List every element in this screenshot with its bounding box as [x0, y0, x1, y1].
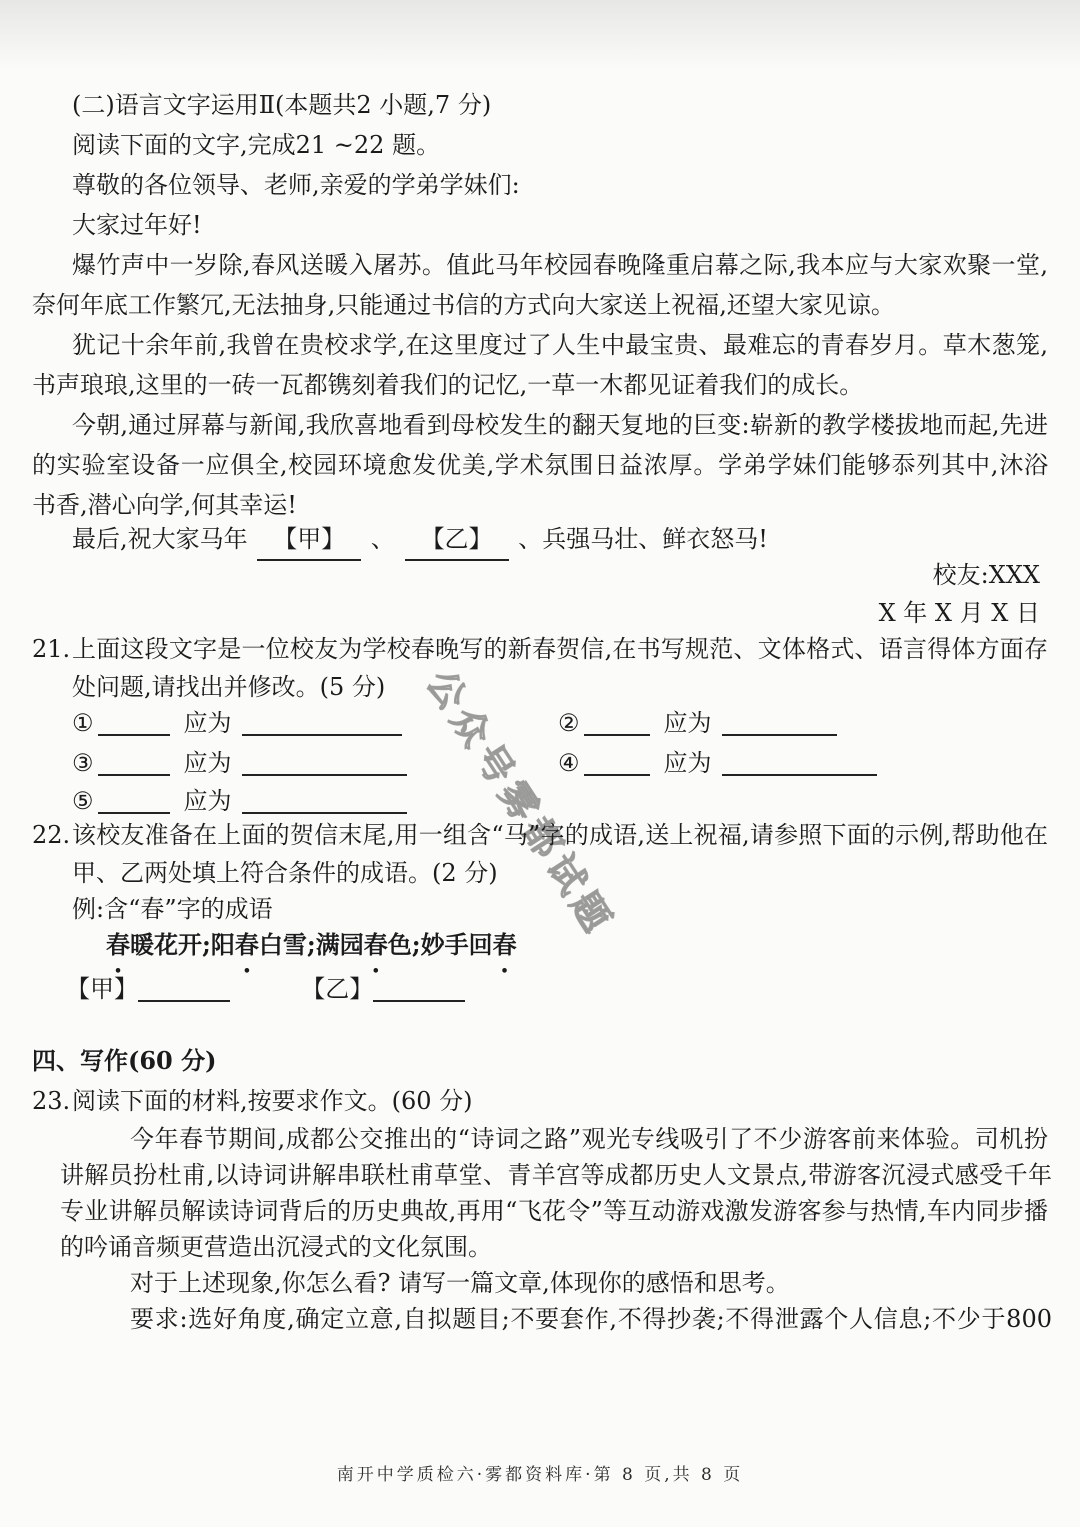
q21-item-2-original-blank: [584, 712, 650, 736]
idiom-char-emphasized: 春: [493, 928, 517, 962]
q23-requirement-line: 要求:选好角度,确定立意,自拟题目;不要套作,不得抄袭;不得泄露个人信息;不少于…: [130, 1302, 1052, 1336]
q21-item-3-number: ③: [72, 749, 94, 777]
idiom-char-emphasized: 春: [364, 928, 388, 962]
section2-intro: 阅读下面的文字,完成21 ~22 题。: [72, 128, 440, 162]
letter-line: 今朝,通过屏幕与新闻,我欣喜地看到母校发生的翻天复地的巨变:崭新的教学楼拔地而起…: [72, 408, 1048, 442]
q21-answer-row-3: ③应为: [72, 746, 411, 780]
watermark: 公众号雾都试题: [417, 658, 630, 946]
q22-answer-line: 【甲】 【乙】: [66, 972, 469, 1006]
q22-jia-blank: [138, 978, 230, 1002]
exam-page: 公众号雾都试题 (二)语言文字运用Ⅱ(本题共2 小题,7 分) 阅读下面的文字,…: [0, 0, 1080, 1527]
q22-example-label: 例:含“春”字的成语: [72, 892, 273, 926]
q21-item-4-number: ④: [558, 749, 580, 777]
pause-mark: 、: [371, 525, 395, 553]
letter-blank-yi: 【乙】: [405, 522, 509, 561]
letter-closing-prefix: 最后,祝大家马年: [72, 525, 248, 553]
q21-item-5-correction-blank: [242, 790, 407, 814]
scan-shadow: [0, 0, 1080, 70]
q21-item-5-number: ⑤: [72, 787, 94, 815]
q21-item-3-correction-blank: [242, 752, 407, 776]
q21-item-5-label: 应为: [184, 787, 232, 815]
letter-blank-jia: 【甲】: [257, 522, 361, 561]
letter-line: 的实验室设备一应俱全,校园环境愈发优美,学术氛围日益浓厚。学弟学妹们能够忝列其中…: [32, 448, 1048, 482]
q21-item-2-label: 应为: [664, 709, 712, 737]
q21-item-1-correction-blank: [242, 712, 402, 736]
q22-yi-blank: [373, 978, 465, 1002]
idiom-text: 暖花开;阳: [130, 930, 235, 959]
q22-number: 22.: [32, 818, 70, 852]
q21-item-1-label: 应为: [184, 709, 232, 737]
q22-yi-label: 【乙】: [301, 975, 373, 1003]
q21-item-4-correction-blank: [722, 752, 877, 776]
section2-header: (二)语言文字运用Ⅱ(本题共2 小题,7 分): [72, 88, 491, 122]
q22-text-line1: 该校友准备在上面的贺信末尾,用一组含“马”字的成语,送上祝福,请参照下面的示例,…: [72, 818, 1048, 852]
q21-item-5-original-blank: [98, 790, 170, 814]
idiom-text: 色;妙手回: [388, 930, 493, 959]
q23-question-line: 对于上述现象,你怎么看? 请写一篇文章,体现你的感悟和思考。: [130, 1266, 790, 1300]
letter-line: 爆竹声中一岁除,春风送暖入屠苏。值此马年校园春晚隆重启幕之际,我本应与大家欢聚一…: [72, 248, 1048, 282]
letter-date: X 年 X 月 X 日: [879, 596, 1040, 630]
q23-intro: 阅读下面的材料,按要求作文。(60 分): [72, 1084, 473, 1118]
q23-number: 23.: [32, 1084, 70, 1118]
q22-text-line2: 甲、乙两处填上符合条件的成语。(2 分): [72, 856, 498, 890]
page-footer: 南开中学质检六·雾都资料库·第 8 页,共 8 页: [0, 1460, 1080, 1485]
q21-answer-row-1: ①应为: [72, 706, 406, 740]
q21-text-line2: 处问题,请找出并修改。(5 分): [72, 670, 385, 704]
letter-closing-suffix: 、兵强马壮、鲜衣怒马!: [518, 525, 768, 553]
idiom-text: 白雪;满园: [259, 930, 364, 959]
q21-item-2-correction-blank: [722, 712, 837, 736]
letter-line: 书声琅琅,这里的一砖一瓦都镌刻着我们的记忆,一草一木都见证着我们的成长。: [32, 368, 863, 402]
q23-material-line: 专业讲解员解读诗词背后的历史典故,再用“飞花令”等互动游戏激发游客参与热情,车内…: [60, 1194, 1048, 1228]
q21-answer-row-2: ②应为: [558, 706, 841, 740]
q21-answer-row-4: ④应为: [558, 746, 881, 780]
idiom-char-emphasized: 春: [235, 928, 259, 962]
q21-number: 21.: [32, 632, 70, 666]
q21-answer-row-5: ⑤应为: [72, 784, 411, 818]
idiom-char-emphasized: 春: [106, 928, 130, 962]
section4-header: 四、写作(60 分): [32, 1044, 216, 1078]
letter-salutation: 尊敬的各位领导、老师,亲爱的学弟学妹们:: [72, 168, 520, 202]
q21-text-line1: 上面这段文字是一位校友为学校春晚写的新春贺信,在书写规范、文体格式、语言得体方面…: [72, 632, 1048, 666]
letter-greeting: 大家过年好!: [72, 208, 202, 242]
letter-line: 书香,潜心向学,何其幸运!: [32, 488, 297, 522]
q21-item-1-original-blank: [98, 712, 170, 736]
letter-line: 犹记十余年前,我曾在贵校求学,在这里度过了人生中最宝贵、最难忘的青春岁月。草木葱…: [72, 328, 1048, 362]
q21-item-1-number: ①: [72, 709, 94, 737]
q22-example-idioms: 春暖花开;阳春白雪;满园春色;妙手回春: [106, 928, 517, 962]
q22-jia-label: 【甲】: [66, 975, 138, 1003]
q21-item-4-label: 应为: [664, 749, 712, 777]
q21-item-3-original-blank: [98, 752, 170, 776]
q21-item-3-label: 应为: [184, 749, 232, 777]
letter-closing-line: 最后,祝大家马年 【甲】 、 【乙】 、兵强马壮、鲜衣怒马!: [72, 522, 768, 561]
q23-material-line: 讲解员扮杜甫,以诗词讲解串联杜甫草堂、青羊宫等成都历史人文景点,带游客沉浸式感受…: [60, 1158, 1052, 1192]
letter-signature: 校友:XXX: [933, 558, 1040, 592]
q23-material-line: 今年春节期间,成都公交推出的“诗词之路”观光专线吸引了不少游客前来体验。司机扮李…: [130, 1122, 1048, 1156]
q23-material-line: 的吟诵音频更营造出沉浸式的文化氛围。: [60, 1230, 492, 1264]
q21-item-2-number: ②: [558, 709, 580, 737]
letter-line: 奈何年底工作繁冗,无法抽身,只能通过书信的方式向大家送上祝福,还望大家见谅。: [32, 288, 895, 322]
q21-item-4-original-blank: [584, 752, 650, 776]
